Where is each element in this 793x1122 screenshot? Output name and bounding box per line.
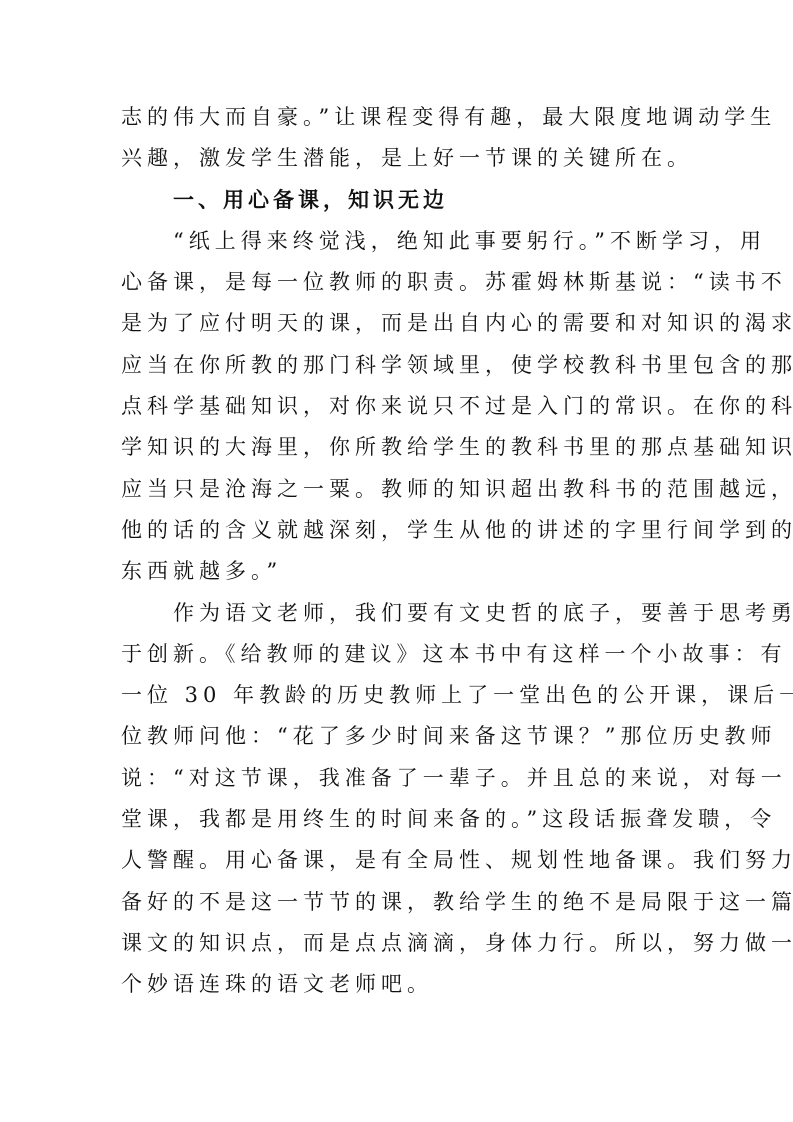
paragraph-line: 说：“对这节课，我准备了一辈子。并且总的来说，对每一 <box>121 761 673 802</box>
paragraph-line: 是为了应付明天的课，而是出自内心的需要和对知识的渴求。 <box>121 306 673 347</box>
paragraph-line: 个妙语连珠的语文老师吧。 <box>121 967 673 1008</box>
paragraph-line: 堂课，我都是用终生的时间来备的。”这段话振聋发聩，令 <box>121 802 673 843</box>
paragraph-line: 作为语文老师，我们要有文史哲的底子，要善于思考勇 <box>121 596 673 637</box>
paragraph-line: 东西就越多。” <box>121 554 673 595</box>
paragraph-line: “纸上得来终觉浅，绝知此事要躬行。”不断学习，用 <box>121 224 673 265</box>
section-heading: 一、用心备课，知识无边 <box>121 183 673 224</box>
paragraph-line: 位教师问他：“花了多少时间来备这节课？”那位历史教师 <box>121 719 673 760</box>
paragraph-line: 点科学基础知识，对你来说只不过是入门的常识。在你的科 <box>121 389 673 430</box>
document-page: 志的伟大而自豪。”让课程变得有趣，最大限度地调动学生 兴趣，激发学生潜能，是上好… <box>121 100 673 1009</box>
paragraph-line: 一位 30 年教龄的历史教师上了一堂出色的公开课，课后一 <box>121 678 673 719</box>
paragraph-line: 应当只是沧海之一粟。教师的知识超出教科书的范围越远， <box>121 472 673 513</box>
paragraph-line: 备好的不是这一节节的课，教给学生的绝不是局限于这一篇 <box>121 885 673 926</box>
paragraph-line: 应当在你所教的那门科学领域里，使学校教科书里包含的那 <box>121 348 673 389</box>
paragraph-line: 人警醒。用心备课，是有全局性、规划性地备课。我们努力 <box>121 843 673 884</box>
paragraph-line: 兴趣，激发学生潜能，是上好一节课的关键所在。 <box>121 141 673 182</box>
paragraph-line: 心备课，是每一位教师的职责。苏霍姆林斯基说：“读书不 <box>121 265 673 306</box>
paragraph-line: 于创新。《给教师的建议》这本书中有这样一个小故事：有 <box>121 637 673 678</box>
paragraph-line: 课文的知识点，而是点点滴滴，身体力行。所以，努力做一 <box>121 926 673 967</box>
paragraph-line: 学知识的大海里，你所教给学生的教科书里的那点基础知识， <box>121 430 673 471</box>
paragraph-line: 志的伟大而自豪。”让课程变得有趣，最大限度地调动学生 <box>121 100 673 141</box>
paragraph-line: 他的话的含义就越深刻，学生从他的讲述的字里行间学到的 <box>121 513 673 554</box>
